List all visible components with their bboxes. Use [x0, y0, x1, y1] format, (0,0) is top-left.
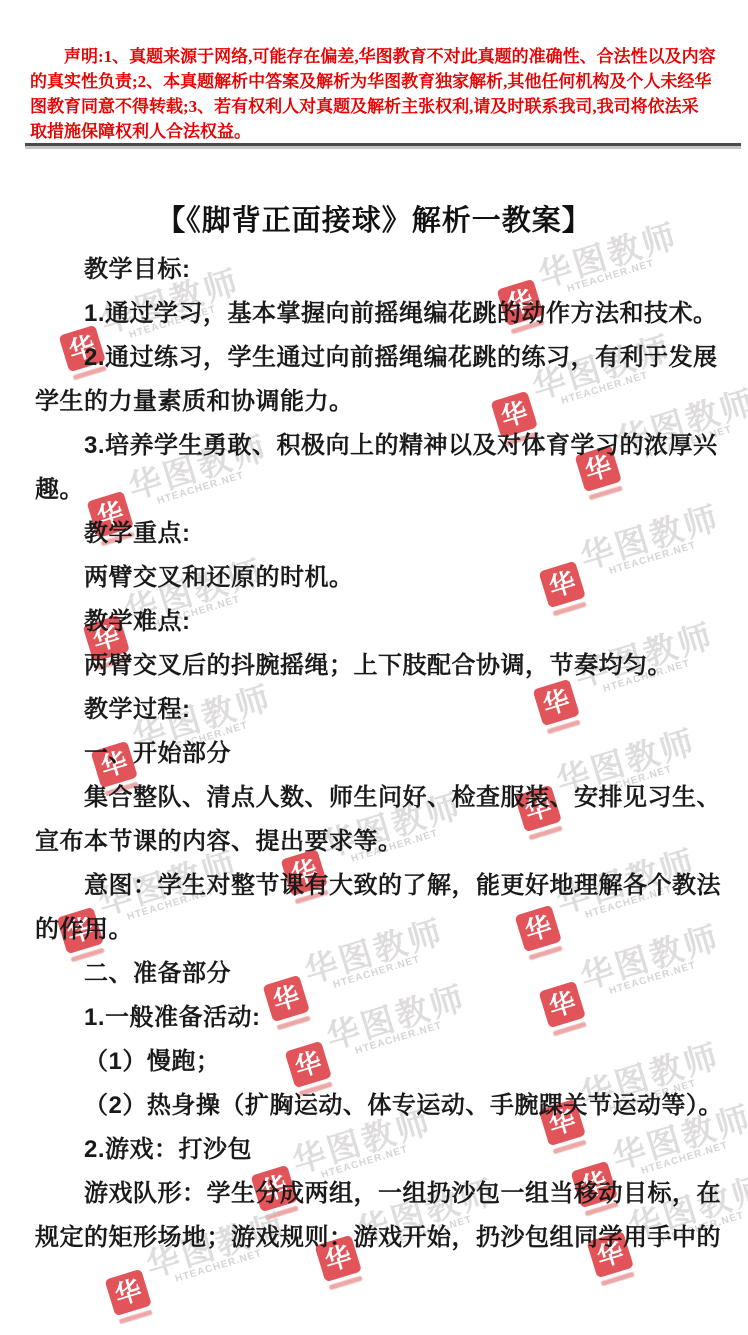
paragraph: 意图：学生对整节课有大致的了解，能更好地理解各个教法 的作用。	[35, 864, 735, 952]
paragraph: 教学难点:	[35, 600, 735, 644]
disclaimer: 声明:1、真题来源于网络,可能存在偏差,华图教育不对此真题的准确性、合法性以及内…	[30, 44, 722, 144]
paragraph: 游戏队形：学生分成两组，一组扔沙包一组当移动目标，在 规定的矩形场地；游戏规则：…	[35, 1172, 735, 1260]
huatu-logo-icon: 华	[104, 1269, 151, 1316]
paragraph: 1.通过学习，基本掌握向前摇绳编花跳的动作方法和技术。	[35, 292, 735, 336]
paragraph: （2）热身操（扩胸运动、体专运动、手腕踝关节运动等）。	[35, 1084, 735, 1128]
section-divider	[25, 143, 741, 146]
paragraph: 一、开始部分	[35, 732, 735, 776]
document-page: 华 华图教师 HTEACHER.NET 华 华图教师 HTEACHER.NET …	[0, 0, 748, 1335]
paragraph: 两臂交叉和还原的时机。	[35, 556, 735, 600]
paragraph: 集合整队、清点人数、师生问好、检查服装、安排见习生、 宣布本节课的内容、提出要求…	[35, 776, 735, 864]
paragraph: 教学重点:	[35, 512, 735, 556]
disclaimer-text: 1、真题来源于网络,可能存在偏差,华图教育不对此真题的准确性、合法性以及内容 的…	[30, 47, 716, 141]
paragraph: 两臂交叉后的抖腕摇绳；上下肢配合协调，节奏均匀。	[35, 644, 735, 688]
paragraph: 二、准备部分	[35, 952, 735, 996]
paragraph: 2.游戏：打沙包	[35, 1128, 735, 1172]
paragraph: 教学目标:	[35, 248, 735, 292]
document-title: 【《脚背正面接球》解析一教案】	[0, 198, 748, 239]
paragraph: 1.一般准备活动:	[35, 996, 735, 1040]
paragraph: 2.通过练习，学生通过向前摇绳编花跳的练习，有利于发展 学生的力量素质和协调能力…	[35, 336, 735, 424]
lesson-plan-body: 教学目标: 1.通过学习，基本掌握向前摇绳编花跳的动作方法和技术。 2.通过练习…	[35, 248, 735, 1260]
disclaimer-label: 声明:	[64, 47, 104, 66]
paragraph: （1）慢跑；	[35, 1040, 735, 1084]
paragraph: 教学过程:	[35, 688, 735, 732]
paragraph: 3.培养学生勇敢、积极向上的精神以及对体育学习的浓厚兴 趣。	[35, 424, 735, 512]
